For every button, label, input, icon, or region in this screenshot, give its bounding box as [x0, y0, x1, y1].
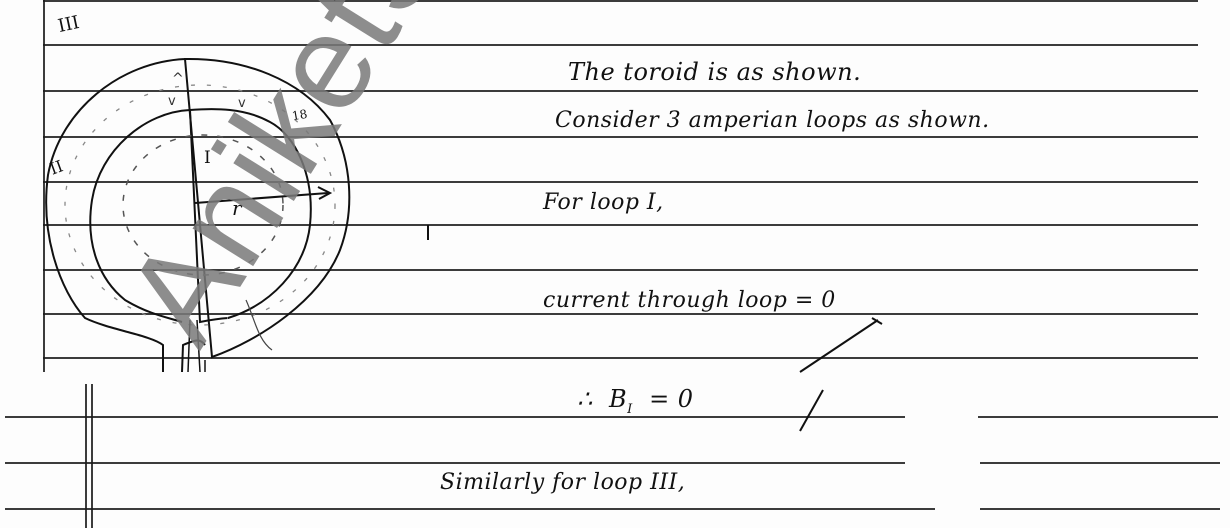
equals-zero: = 0: [633, 385, 694, 413]
check-mark: [800, 390, 823, 431]
radius-arrow: [195, 193, 328, 203]
notebook-page: ^ v v III II I r 18 The toroid is as sho…: [0, 0, 1230, 528]
text-line-similarly: Similarly for loop III,: [440, 470, 685, 495]
text-line-b-zero: ∴ BI = 0: [577, 385, 694, 417]
svg-text:v: v: [238, 96, 246, 111]
loop-1-label: I: [204, 148, 211, 168]
loop-3-label: III: [56, 12, 81, 37]
text-line-for-loop-1: For loop I,: [543, 190, 664, 215]
svg-text:^: ^: [172, 71, 184, 87]
corner-mark-label: 18: [291, 107, 308, 123]
text-line-consider: Consider 3 amperian loops as shown.: [555, 108, 990, 133]
text-line-current: current through loop = 0: [543, 288, 836, 313]
svg-text:v: v: [168, 94, 176, 109]
check-mark: [800, 320, 878, 372]
therefore-symbol: ∴ B: [577, 385, 627, 413]
text-line-toroid: The toroid is as shown.: [568, 58, 861, 86]
radius-label: r: [232, 196, 242, 220]
